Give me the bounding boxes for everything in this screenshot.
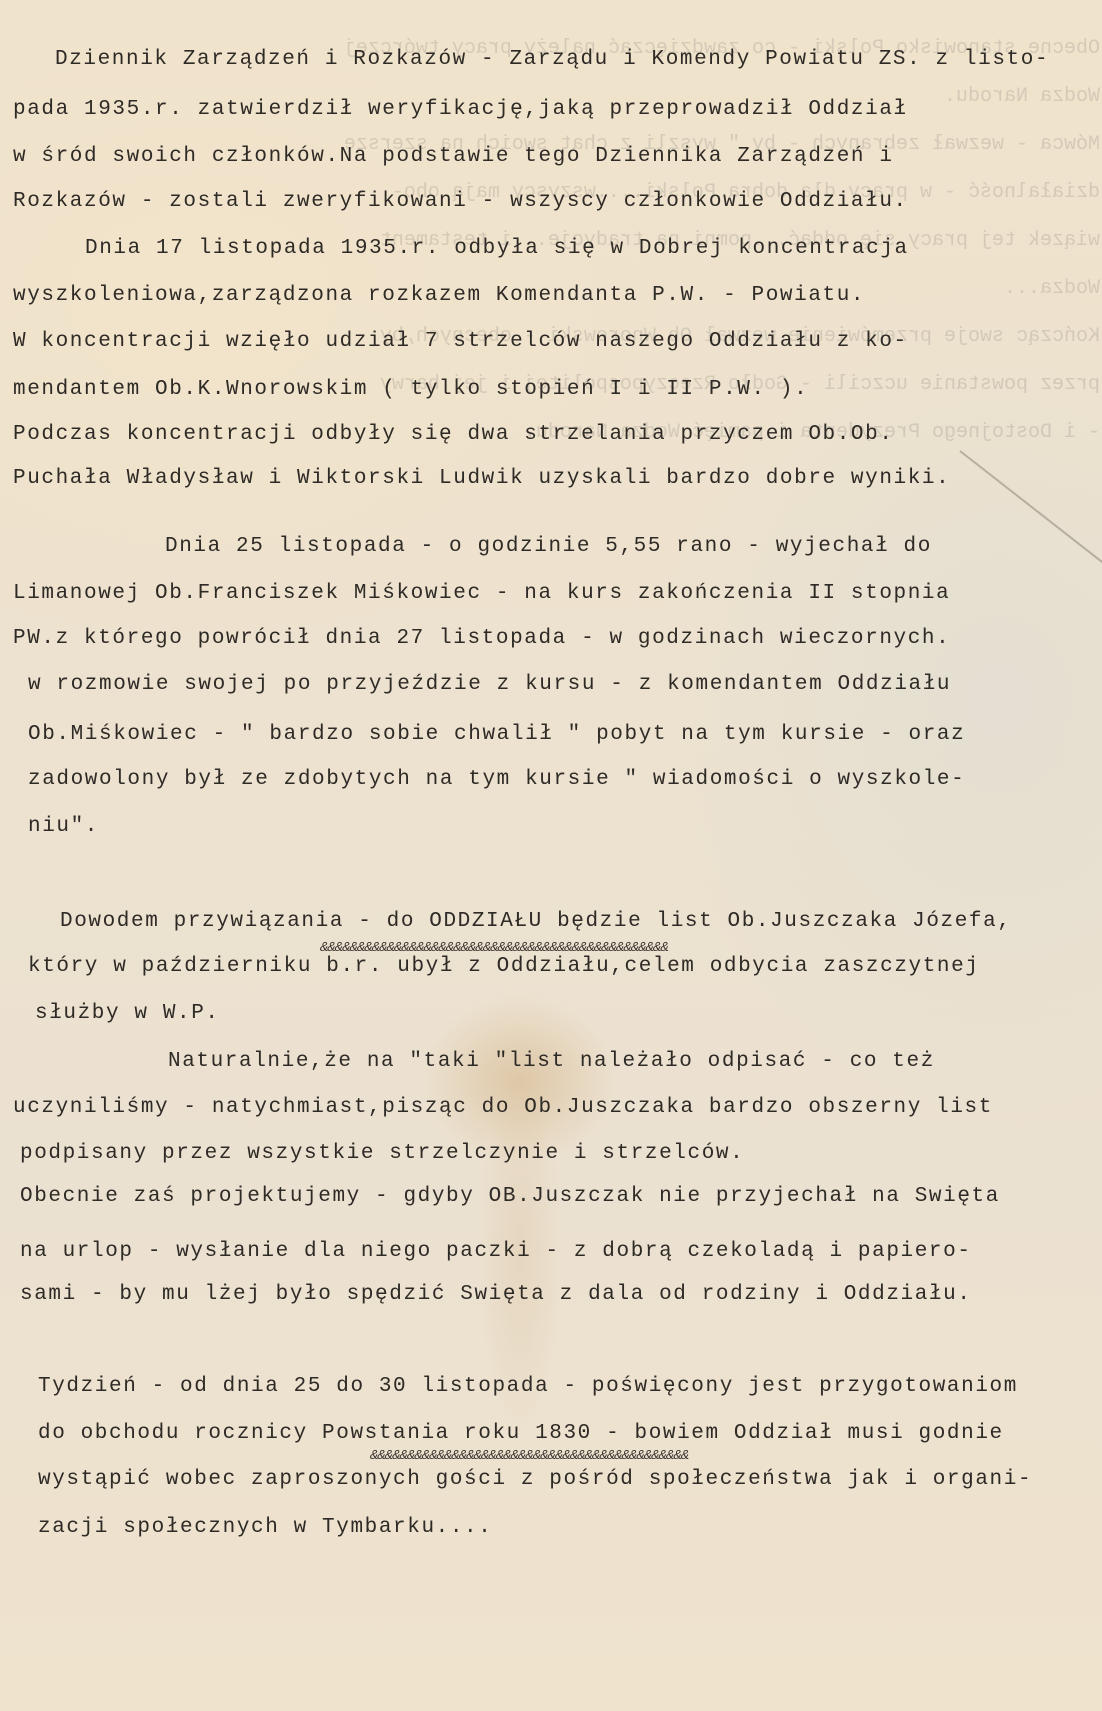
text-line: w śród swoich członków.Na podstawie tego…: [13, 145, 894, 168]
text-line: Tydzień - od dnia 25 do 30 listopada - p…: [38, 1375, 1018, 1398]
text-line: zacji społecznych w Tymbarku....: [38, 1516, 492, 1539]
text-line: na urlop - wysłanie dla niego paczki - z…: [20, 1240, 972, 1263]
paper-fold-crease: [959, 450, 1102, 587]
document-page: Obecne stanowisko Polski - co zawdzięcza…: [0, 0, 1102, 1711]
text-line: do obchodu rocznicy Powstania roku 1830 …: [38, 1422, 1004, 1445]
text-line: Limanowej Ob.Franciszek Miśkowiec - na k…: [13, 582, 950, 605]
text-line: W koncentracji wzięło udział 7 strzelców…: [13, 330, 908, 353]
text-line: podpisany przez wszystkie strzelczynie i…: [20, 1142, 744, 1165]
text-line: Naturalnie,że na "taki "list należało od…: [168, 1050, 935, 1073]
ornament-divider: &&&&&&&&&&&&&&&&&&&&&&&&&&&&&&&&&&&&&&&&…: [370, 1448, 688, 1464]
text-line: Dowodem przywiązania - do ODDZIAŁU będzi…: [60, 910, 1012, 933]
text-line: sami - by mu lżej było spędzić Swięta z …: [20, 1283, 972, 1306]
text-line: Obecnie zaś projektujemy - gdyby OB.Jusz…: [20, 1185, 1000, 1208]
text-line: służby w W.P.: [35, 1002, 220, 1025]
text-line: Puchała Władysław i Wiktorski Ludwik uzy…: [13, 467, 950, 490]
text-line: Podczas koncentracji odbyły się dwa strz…: [13, 423, 894, 446]
text-line: PW.z którego powrócił dnia 27 listopada …: [13, 627, 950, 650]
text-line: zadowolony był ze zdobytych na tym kursi…: [28, 768, 965, 791]
text-line: uczyniliśmy - natychmiast,pisząc do Ob.J…: [13, 1096, 993, 1119]
text-line: Ob.Miśkowiec - " bardzo sobie chwalił " …: [28, 723, 965, 746]
text-line: Dnia 25 listopada - o godzinie 5,55 rano…: [165, 535, 932, 558]
text-line: mendantem Ob.K.Wnorowskim ( tylko stopie…: [13, 378, 808, 401]
text-line: w rozmowie swojej po przyjeździe z kursu…: [28, 673, 951, 696]
text-line: Dziennik Zarządzeń i Rozkazów - Zarządu …: [55, 48, 1049, 71]
text-line: pada 1935.r. zatwierdził weryfikację,jak…: [13, 98, 908, 121]
text-line: który w październiku b.r. ubył z Oddział…: [28, 955, 980, 978]
text-line: wyszkoleniowa,zarządzona rozkazem Komend…: [13, 284, 865, 307]
ornament-divider: &&&&&&&&&&&&&&&&&&&&&&&&&&&&&&&&&&&&&&&&…: [320, 940, 668, 956]
text-line: wystąpić wobec zaproszonych gości z pośr…: [38, 1468, 1032, 1491]
text-line: Rozkazów - zostali zweryfikowani - wszys…: [13, 190, 908, 213]
text-line: niu".: [28, 815, 99, 838]
text-line: Dnia 17 listopada 1935.r. odbyła się w D…: [85, 237, 909, 260]
